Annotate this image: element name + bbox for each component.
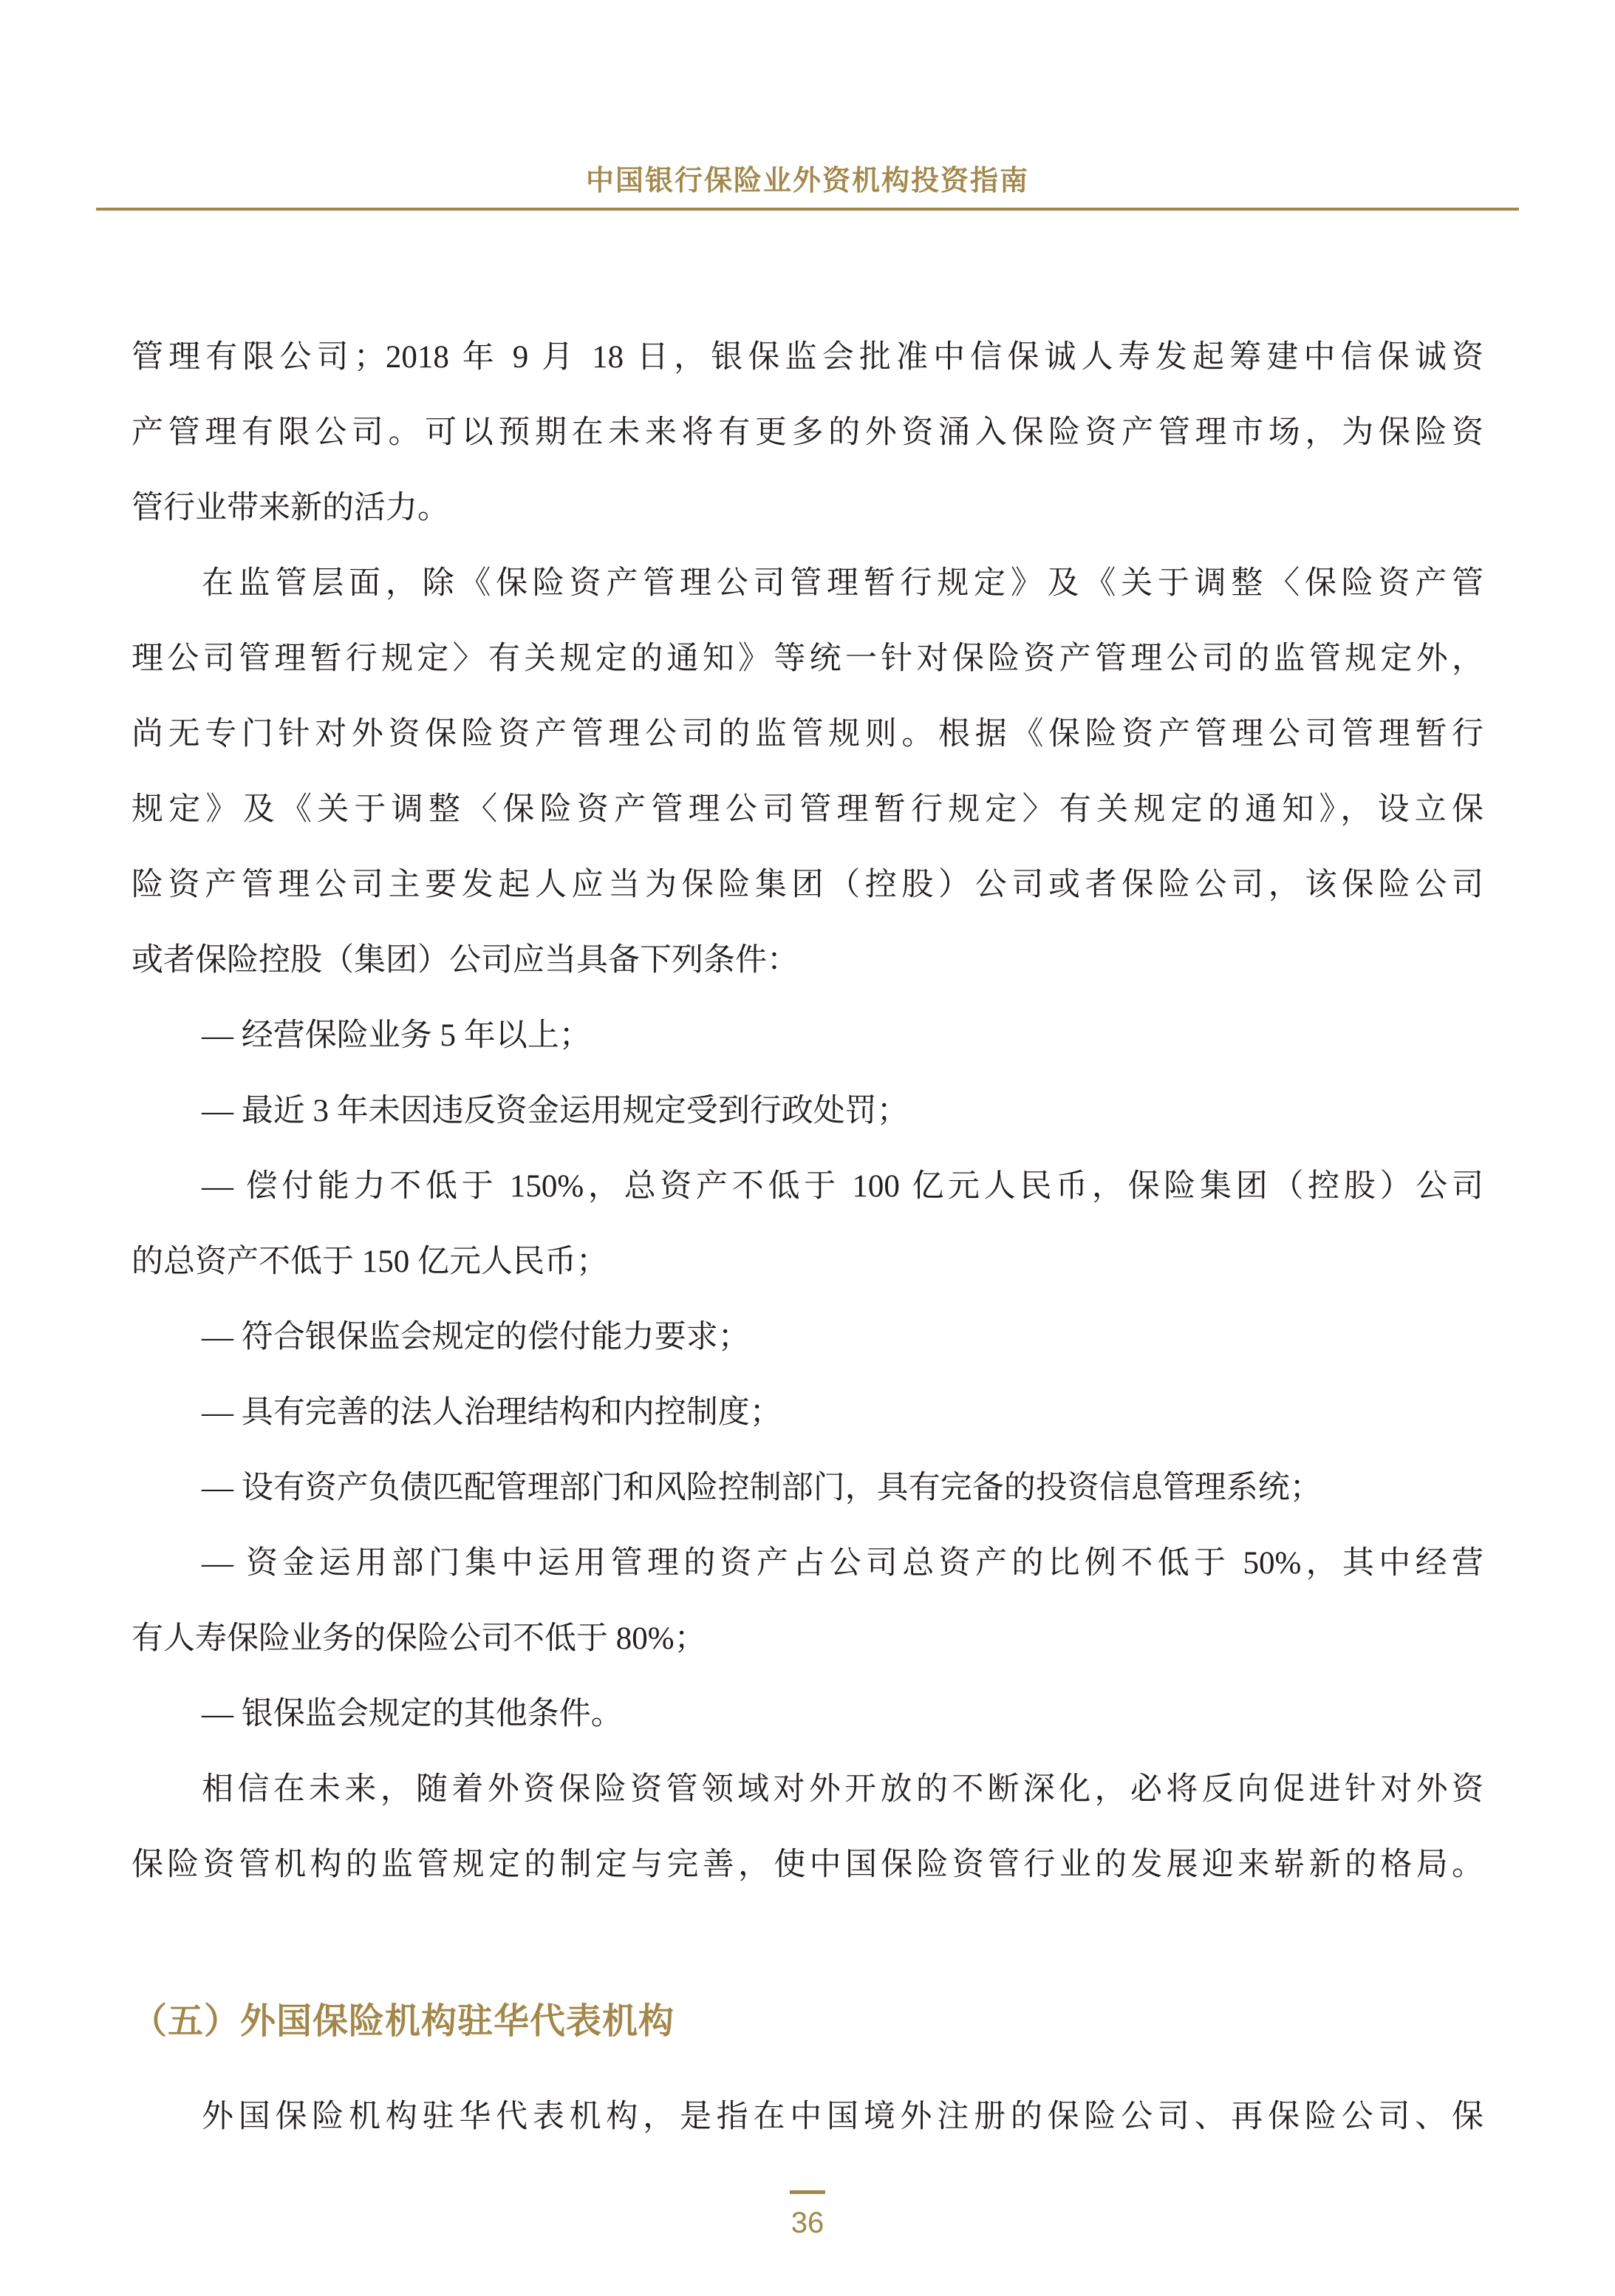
body-line: 或者保险控股（集团）公司应当具备下列条件： (132, 923, 1483, 998)
section-heading: （五）外国保险机构驻华代表机构 (132, 1984, 1483, 2060)
body-line: 管理有限公司；2018 年 9 月 18 日，银保监会批准中信保诚人寿发起筹建中… (132, 320, 1483, 395)
body-line: 管行业带来新的活力。 (132, 471, 1483, 546)
body-line: 保险资管机构的监管规定的制定与完善，使中国保险资管行业的发展迎来崭新的格局。 (132, 1827, 1483, 1903)
body-line: 相信在未来，随着外资保险资管领域对外开放的不断深化，必将反向促进针对外资 (132, 1752, 1483, 1827)
body-line: 外国保险机构驻华代表机构，是指在中国境外注册的保险公司、再保险公司、保 (132, 2079, 1483, 2155)
footer-rule (790, 2190, 825, 2194)
body-list-item: 的总资产不低于 150 亿元人民币； (132, 1224, 1483, 1300)
body-list-item: — 资金运用部门集中运用管理的资产占公司总资产的比例不低于 50%，其中经营 (132, 1526, 1483, 1601)
header-rule (96, 208, 1519, 211)
body-list-item: — 经营保险业务 5 年以上； (132, 998, 1483, 1074)
body-list-item: 有人寿保险业务的保险公司不低于 80%； (132, 1601, 1483, 1677)
body-list-item: — 设有资产负债匹配管理部门和风险控制部门，具有完备的投资信息管理系统； (132, 1451, 1483, 1526)
body-list-item: — 具有完善的法人治理结构和内控制度； (132, 1375, 1483, 1451)
document-body: 管理有限公司；2018 年 9 月 18 日，银保监会批准中信保诚人寿发起筹建中… (132, 320, 1483, 2155)
body-line: 规定》及《关于调整〈保险资产管理公司管理暂行规定〉有关规定的通知》，设立保 (132, 772, 1483, 848)
page-header-title: 中国银行保险业外资机构投资指南 (0, 164, 1615, 198)
page-number: 36 (0, 2207, 1615, 2239)
body-list-item: — 最近 3 年未因违反资金运用规定受到行政处罚； (132, 1074, 1483, 1149)
body-line: 险资产管理公司主要发起人应当为保险集团（控股）公司或者保险公司，该保险公司 (132, 848, 1483, 923)
body-list-item: — 偿付能力不低于 150%，总资产不低于 100 亿元人民币，保险集团（控股）… (132, 1149, 1483, 1224)
body-line: 尚无专门针对外资保险资产管理公司的监管规则。根据《保险资产管理公司管理暂行 (132, 697, 1483, 772)
document-page: 中国银行保险业外资机构投资指南 管理有限公司；2018 年 9 月 18 日，银… (0, 0, 1615, 2296)
body-list-item: — 符合银保监会规定的偿付能力要求； (132, 1300, 1483, 1375)
body-line: 产管理有限公司。可以预期在未来将有更多的外资涌入保险资产管理市场，为保险资 (132, 395, 1483, 471)
body-line: 理公司管理暂行规定〉有关规定的通知》等统一针对保险资产管理公司的监管规定外， (132, 621, 1483, 697)
body-list-item: — 银保监会规定的其他条件。 (132, 1677, 1483, 1752)
body-line: 在监管层面，除《保险资产管理公司管理暂行规定》及《关于调整〈保险资产管 (132, 546, 1483, 621)
